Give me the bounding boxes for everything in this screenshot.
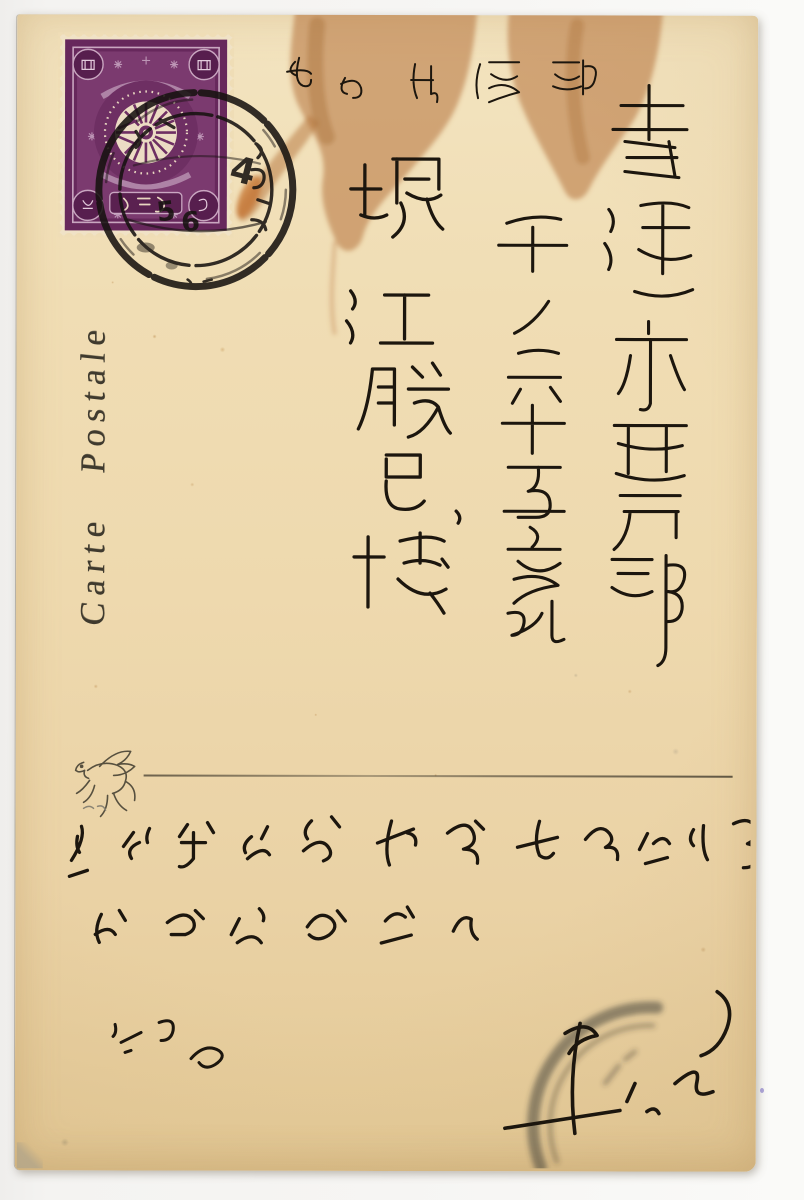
scanner-background: 5 6 4 (0, 0, 804, 1200)
postcard: 5 6 4 (15, 14, 758, 1172)
smudged-cancel (485, 963, 756, 1169)
handwritten-annotation-top (275, 40, 615, 116)
message-handwriting (55, 802, 750, 983)
message-line-2 (95, 906, 477, 943)
corner-scribbles (107, 994, 287, 1089)
address-column-recipient (334, 145, 480, 630)
carte-postale-title: Carte Postale (73, 291, 118, 658)
address-column-city (590, 77, 716, 677)
worn-corner (17, 1142, 43, 1168)
address-column-banchi (478, 205, 594, 660)
postmark-date-numerals: 5 6 4 (155, 148, 260, 238)
dust-speck (760, 1088, 764, 1093)
message-line-1 (69, 816, 750, 877)
postmark-numeral-6: 6 (180, 206, 201, 238)
postmark-numeral-5: 5 (155, 195, 177, 228)
